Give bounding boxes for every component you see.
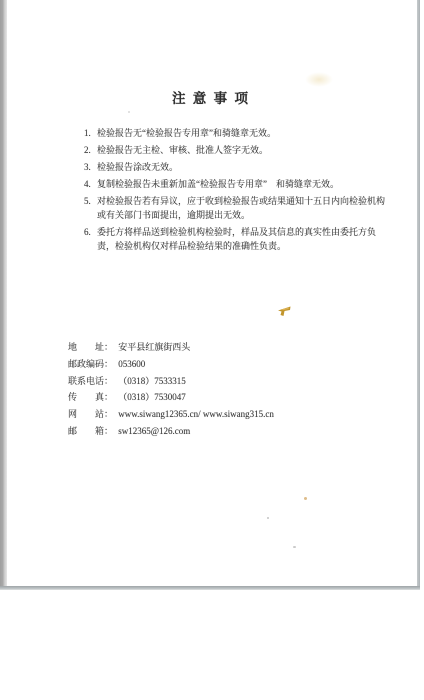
paper-speck <box>267 517 269 519</box>
contact-label: 传 真： <box>68 393 113 403</box>
notice-text: 检验报告无主检、审核、批准人签字无效。 <box>97 144 387 158</box>
notice-text: 委托方将样品送到检验机构检验时，样品及其信息的真实性由委托方负责，检验机构仅对样… <box>97 226 387 253</box>
contact-label: 地 址： <box>68 343 113 353</box>
contact-label: 邮 箱： <box>68 427 113 437</box>
contact-block: 地 址： 安平县红旗街西头 邮政编码： 053600 联系电话： （0318）7… <box>68 343 274 444</box>
notice-number: 5. <box>84 195 97 222</box>
notice-text: 复制检验报告未重新加盖“检验报告专用章” 和骑缝章无效。 <box>97 178 387 192</box>
ink-stain <box>276 304 296 320</box>
notice-number: 2. <box>84 144 97 158</box>
page-title: 注 意 事 项 <box>4 87 418 107</box>
notice-item: 4. 复制检验报告未重新加盖“检验报告专用章” 和骑缝章无效。 <box>84 178 387 192</box>
notice-item: 2. 检验报告无主检、审核、批准人签字无效。 <box>84 144 387 158</box>
contact-row-email: 邮 箱： sw12365@126.com <box>68 427 274 437</box>
notice-list: 1. 检验报告无“检验报告专用章”和骑缝章无效。 2. 检验报告无主检、审核、批… <box>84 127 387 257</box>
notice-text: 检验报告涂改无效。 <box>97 161 387 175</box>
notice-item: 6. 委托方将样品送到检验机构检验时，样品及其信息的真实性由委托方负责，检验机构… <box>84 226 387 253</box>
contact-value: sw12365@126.com <box>118 426 190 436</box>
notice-item: 1. 检验报告无“检验报告专用章”和骑缝章无效。 <box>84 127 387 141</box>
contact-row-phone: 联系电话： （0318）7533315 <box>68 377 274 387</box>
notice-number: 3. <box>84 161 97 175</box>
paper-speck <box>293 546 296 548</box>
contact-row-website: 网 站： www.siwang12365.cn/ www.siwang315.c… <box>68 410 274 420</box>
contact-label: 联系电话： <box>68 377 113 387</box>
contact-value: 安平县红旗街西头 <box>118 342 190 352</box>
paper-speck <box>128 111 130 113</box>
contact-label: 网 站： <box>68 410 113 420</box>
contact-value: （0318）7530047 <box>118 392 186 402</box>
page-edge-bottom <box>0 586 420 590</box>
notice-item: 5. 对检验报告若有异议，应于收到检验报告或结果通知十五日内向检验机构或有关部门… <box>84 195 387 222</box>
contact-value: 053600 <box>118 359 145 369</box>
paper-smudge <box>305 72 333 87</box>
notice-text: 检验报告无“检验报告专用章”和骑缝章无效。 <box>97 127 387 141</box>
contact-value: www.siwang12365.cn/ www.siwang315.cn <box>118 409 274 419</box>
contact-row-address: 地 址： 安平县红旗街西头 <box>68 343 274 353</box>
scanned-page: 注 意 事 项 1. 检验报告无“检验报告专用章”和骑缝章无效。 2. 检验报告… <box>0 0 424 700</box>
contact-row-postcode: 邮政编码： 053600 <box>68 360 274 370</box>
notice-number: 4. <box>84 178 97 192</box>
contact-row-fax: 传 真： （0318）7530047 <box>68 393 274 403</box>
notice-number: 6. <box>84 226 97 253</box>
contact-label: 邮政编码： <box>68 360 113 370</box>
notice-number: 1. <box>84 127 97 141</box>
contact-value: （0318）7533315 <box>118 376 186 386</box>
paper-speck <box>304 497 307 500</box>
notice-item: 3. 检验报告涂改无效。 <box>84 161 387 175</box>
notice-text: 对检验报告若有异议，应于收到检验报告或结果通知十五日内向检验机构或有关部门书面提… <box>97 195 387 222</box>
